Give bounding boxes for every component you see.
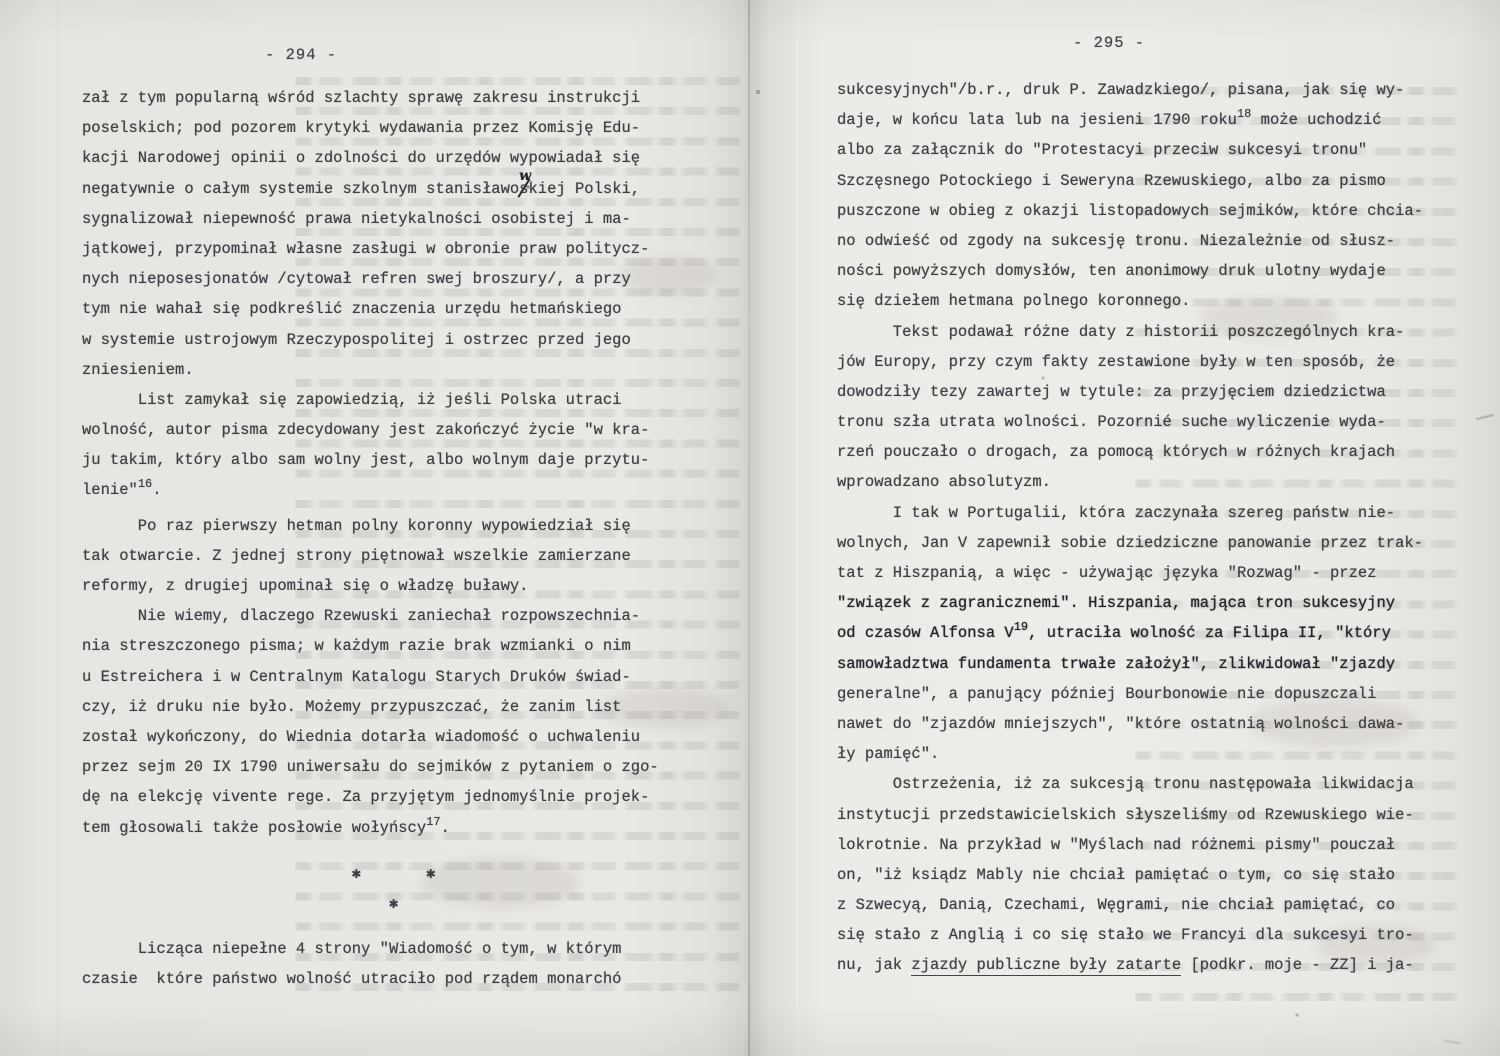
text-line: nych nieposesjonatów /cytował refren swe… bbox=[82, 264, 659, 294]
text-line: u Estreichera i w Centralnym Katalogu St… bbox=[82, 662, 659, 692]
text-line: się stało z Anglią i co się stało we Fra… bbox=[837, 920, 1423, 950]
scratch-artifact bbox=[1444, 1040, 1460, 1044]
page-294-text: zał z tym popularną wśród szlachty spraw… bbox=[82, 83, 659, 994]
text-line: Nie wiemy, dlaczego Rzewuski zaniechał r… bbox=[82, 601, 659, 631]
text-line: tym nie wahał się podkreślić znaczenia u… bbox=[82, 294, 659, 324]
text-segment: może uchodzić bbox=[1251, 111, 1381, 129]
text-segment: kiej Polski, bbox=[528, 180, 640, 198]
book-scan: - 294 - - 295 - zał z tym popularną wśró… bbox=[0, 0, 1500, 1056]
text-line: daje, w końcu lata lub na jesieni 1790 r… bbox=[837, 105, 1423, 135]
text-line: sukcesyjnych"/b.r., druk P. Zawadzkiego/… bbox=[837, 75, 1423, 105]
scratch-artifact bbox=[1476, 414, 1494, 420]
text-segment: tem głosowali także posłowie wołyńscy bbox=[82, 819, 426, 837]
text-segment: ju takim, który albo sam wolny jest, alb… bbox=[82, 451, 649, 469]
text-line: Tekst podawał różne daty z historii posz… bbox=[837, 317, 1423, 347]
text-line: od czasów Alfonsa V19, utraciła wolność … bbox=[837, 618, 1423, 648]
text-segment: rzeń pouczało o drogach, za pomocą który… bbox=[837, 443, 1395, 461]
text-segment: , utraciła wolność za Filipa II, "który bbox=[1028, 624, 1391, 642]
text-segment: puszczone w obieg z okazji listopadowych… bbox=[837, 202, 1423, 220]
text-line: tem głosowali także posłowie wołyńscy17. bbox=[82, 813, 659, 843]
text-line: czy, iż druku nie było. Możemy przypuszc… bbox=[82, 692, 659, 722]
text-line: dę na elekcję vivente rege. Za przyjętym… bbox=[82, 782, 659, 812]
footnote-marker: 17 bbox=[426, 815, 440, 829]
text-segment: sygnalizował niepewność prawa nietykalno… bbox=[82, 210, 631, 228]
text-segment: z Szwecyą, Danią, Czechami, Węgrami, nie… bbox=[837, 896, 1395, 914]
text-line: tat z Hiszpanią, a więc - używając język… bbox=[837, 558, 1423, 588]
text-line: jątkowej, przypominał własne zasługi w o… bbox=[82, 234, 659, 264]
text-segment: lenie" bbox=[82, 481, 138, 499]
text-segment: instytucji przedstawicielskich słyszeliś… bbox=[837, 806, 1414, 824]
text-line: negatywnie o całym systemie szkolnym sta… bbox=[82, 174, 659, 204]
text-line: przez sejm 20 IX 1790 uniwersału do sejm… bbox=[82, 752, 659, 782]
text-line: został wykończony, do Wiednia dotarła wi… bbox=[82, 722, 659, 752]
page-number-right: - 295 - bbox=[1073, 34, 1145, 52]
text-segment: się stało z Anglią i co się stało we Fra… bbox=[837, 926, 1414, 944]
text-segment: w systemie ustrojowym Rzeczypospolitej i… bbox=[82, 331, 631, 349]
page-number-left: - 294 - bbox=[265, 46, 337, 64]
text-segment: . bbox=[152, 481, 161, 499]
text-line: w systemie ustrojowym Rzeczypospolitej i… bbox=[82, 325, 659, 355]
text-segment: Szczęsnego Potockiego i Seweryna Rzewusk… bbox=[837, 172, 1386, 190]
text-segment: tat z Hiszpanią, a więc - używając język… bbox=[837, 564, 1377, 582]
text-segment: Ostrzeżenia, iż za sukcesją tronu następ… bbox=[837, 775, 1414, 793]
text-line: albo za załącznik do "Protestacyi przeci… bbox=[837, 135, 1423, 165]
text-line: rzeń pouczało o drogach, za pomocą który… bbox=[837, 437, 1423, 467]
gutter-highlight bbox=[796, 0, 799, 1056]
text-line: zał z tym popularną wśród szlachty spraw… bbox=[82, 83, 659, 113]
text-segment: się dziełem hetmana polnego koronnego. bbox=[837, 292, 1190, 310]
text-line: nu, jak zjazdy publiczne były zatarte [p… bbox=[837, 950, 1423, 980]
text-segment: List zamykał się zapowiedzią, iż jeśli P… bbox=[82, 391, 622, 409]
text-segment: [podkr. moje - ZZ] i ja- bbox=[1181, 956, 1414, 974]
text-line: List zamykał się zapowiedzią, iż jeśli P… bbox=[82, 385, 659, 415]
handwritten-correction: s bbox=[519, 174, 528, 204]
text-segment: negatywnie o całym systemie szkolnym sta… bbox=[82, 180, 519, 198]
footnote-marker: 16 bbox=[138, 477, 152, 491]
text-segment: nych nieposesjonatów /cytował refren swe… bbox=[82, 270, 631, 288]
text-segment: "związek z zagranicznemi". Hiszpania, ma… bbox=[837, 594, 1395, 612]
text-line: "związek z zagranicznemi". Hiszpania, ma… bbox=[837, 588, 1423, 618]
text-segment: wolnych, Jan V zapewnił sobie dziedziczn… bbox=[837, 534, 1423, 552]
text-segment: zniesieniem. bbox=[82, 361, 194, 379]
text-segment: zał z tym popularną wśród szlachty spraw… bbox=[82, 89, 640, 107]
text-segment: ły pamięć". bbox=[837, 745, 939, 763]
text-line: Licząca niepełne 4 strony "Wiadomość o t… bbox=[82, 934, 659, 964]
page-295-text: sukcesyjnych"/b.r., druk P. Zawadzkiego/… bbox=[837, 75, 1423, 981]
text-line: Ostrzeżenia, iż za sukcesją tronu następ… bbox=[837, 769, 1423, 799]
text-segment: samowładztwa fundamenta trwałe założył",… bbox=[837, 655, 1395, 673]
text-segment: czasie które państwo wolność utraciło po… bbox=[82, 970, 622, 988]
text-line: no odwieść od zgody na sukcesję tronu. N… bbox=[837, 226, 1423, 256]
dust-specks bbox=[0, 0, 2, 2]
footnote-marker: 19 bbox=[1014, 620, 1028, 634]
text-line: poselskich; pod pozorem krytyki wydawani… bbox=[82, 113, 659, 143]
text-line: wolność, autor pisma zdecydowany jest za… bbox=[82, 415, 659, 445]
text-segment: nu, jak bbox=[837, 956, 911, 974]
text-segment: no odwieść od zgody na sukcesję tronu. N… bbox=[837, 232, 1395, 250]
text-line: sygnalizował niepewność prawa nietykalno… bbox=[82, 204, 659, 234]
text-segment: przez sejm 20 IX 1790 uniwersału do sejm… bbox=[82, 758, 659, 776]
text-segment: od czasów Alfonsa V bbox=[837, 624, 1014, 642]
text-segment: czy, iż druku nie było. Możemy przypuszc… bbox=[82, 698, 622, 716]
text-segment: jów Europy, przy czym fakty zestawione b… bbox=[837, 353, 1395, 371]
text-line: Po raz pierwszy hetman polny koronny wyp… bbox=[82, 511, 659, 541]
text-line: ✱ bbox=[82, 889, 659, 919]
text-line: puszczone w obieg z okazji listopadowych… bbox=[837, 196, 1423, 226]
text-segment: tym nie wahał się podkreślić znaczenia u… bbox=[82, 300, 622, 318]
text-segment: tak otwarcie. Z jednej strony piętnował … bbox=[82, 547, 631, 565]
text-line: ności powyższych domysłów, ten anonimowy… bbox=[837, 256, 1423, 286]
text-segment: ności powyższych domysłów, ten anonimowy… bbox=[837, 262, 1386, 280]
text-line: tronu szła utrata wolności. Pozornié suc… bbox=[837, 407, 1423, 437]
text-segment: ✱ ✱ bbox=[82, 865, 436, 883]
text-segment: dę na elekcję vivente rege. Za przyjętym… bbox=[82, 788, 649, 806]
text-segment: dowodziły tezy zawartej w tytule: za prz… bbox=[837, 383, 1386, 401]
text-segment: wprowadzano absolutyzm. bbox=[837, 473, 1051, 491]
text-line: nia streszczonego pisma; w każdym razie … bbox=[82, 631, 659, 661]
text-segment: generalne", a panujący później Bourbonow… bbox=[837, 685, 1377, 703]
text-line: samowładztwa fundamenta trwałe założył",… bbox=[837, 649, 1423, 679]
text-segment: Nie wiemy, dlaczego Rzewuski zaniechał r… bbox=[82, 607, 640, 625]
text-line: I tak w Portugalii, która zaczynała szer… bbox=[837, 498, 1423, 528]
page-edge-crease bbox=[57, 0, 58, 1056]
text-segment: tronu szła utrata wolności. Pozornié suc… bbox=[837, 413, 1386, 431]
text-line: on, "iż ksiądz Mably nie chciał pamiętać… bbox=[837, 860, 1423, 890]
text-segment: reformy, z drugiej upominał się o władzę… bbox=[82, 577, 528, 595]
text-segment: on, "iż ksiądz Mably nie chciał pamiętać… bbox=[837, 866, 1395, 884]
text-line: lenie"16. bbox=[82, 475, 659, 505]
text-line: generalne", a panujący później Bourbonow… bbox=[837, 679, 1423, 709]
underlined-phrase: zjazdy publiczne były zatarte bbox=[911, 956, 1181, 976]
text-line: z Szwecyą, Danią, Czechami, Węgrami, nie… bbox=[837, 890, 1423, 920]
text-segment: poselskich; pod pozorem krytyki wydawani… bbox=[82, 119, 640, 137]
text-segment: nia streszczonego pisma; w każdym razie … bbox=[82, 637, 631, 655]
text-segment: albo za załącznik do "Protestacyi przeci… bbox=[837, 141, 1367, 159]
text-line: lokrotnie. Na przykład w "Myślach nad ró… bbox=[837, 830, 1423, 860]
text-segment: Po raz pierwszy hetman polny koronny wyp… bbox=[82, 517, 631, 535]
text-line: wprowadzano absolutyzm. bbox=[837, 467, 1423, 497]
text-line: ✱ ✱ bbox=[82, 859, 659, 889]
text-line: się dziełem hetmana polnego koronnego. bbox=[837, 286, 1423, 316]
text-segment: ✱ bbox=[82, 895, 398, 913]
text-segment: . bbox=[441, 819, 450, 837]
text-line: ju takim, który albo sam wolny jest, alb… bbox=[82, 445, 659, 475]
text-line: instytucji przedstawicielskich słyszeliś… bbox=[837, 800, 1423, 830]
text-line: nawet do "zjazdów mniejszych", "które os… bbox=[837, 709, 1423, 739]
text-line: tak otwarcie. Z jednej strony piętnował … bbox=[82, 541, 659, 571]
text-line: dowodziły tezy zawartej w tytule: za prz… bbox=[837, 377, 1423, 407]
text-line: ły pamięć". bbox=[837, 739, 1423, 769]
text-segment: sukcesyjnych"/b.r., druk P. Zawadzkiego/… bbox=[837, 81, 1404, 99]
text-line: zniesieniem. bbox=[82, 355, 659, 385]
text-segment: lokrotnie. Na przykład w "Myślach nad ró… bbox=[837, 836, 1395, 854]
text-segment: u Estreichera i w Centralnym Katalogu St… bbox=[82, 668, 631, 686]
text-line: Szczęsnego Potockiego i Seweryna Rzewusk… bbox=[837, 166, 1423, 196]
text-line: kacji Narodowej opinii o zdolności do ur… bbox=[82, 143, 659, 173]
text-line: reformy, z drugiej upominał się o władzę… bbox=[82, 571, 659, 601]
text-segment: Tekst podawał różne daty z historii posz… bbox=[837, 323, 1404, 341]
text-line: czasie które państwo wolność utraciło po… bbox=[82, 964, 659, 994]
text-line: jów Europy, przy czym fakty zestawione b… bbox=[837, 347, 1423, 377]
text-segment: jątkowej, przypominał własne zasługi w o… bbox=[82, 240, 649, 258]
text-segment: daje, w końcu lata lub na jesieni 1790 r… bbox=[837, 111, 1237, 129]
text-segment: Licząca niepełne 4 strony "Wiadomość o t… bbox=[82, 940, 622, 958]
text-segment: kacji Narodowej opinii o zdolności do ur… bbox=[82, 149, 640, 167]
book-gutter-crease bbox=[748, 0, 750, 1056]
text-line: wolnych, Jan V zapewnił sobie dziedziczn… bbox=[837, 528, 1423, 558]
text-segment: wolność, autor pisma zdecydowany jest za… bbox=[82, 421, 649, 439]
text-segment: I tak w Portugalii, która zaczynała szer… bbox=[837, 504, 1395, 522]
footnote-marker: 18 bbox=[1237, 107, 1251, 121]
text-segment: został wykończony, do Wiednia dotarła wi… bbox=[82, 728, 640, 746]
text-segment: nawet do "zjazdów mniejszych", "które os… bbox=[837, 715, 1404, 733]
